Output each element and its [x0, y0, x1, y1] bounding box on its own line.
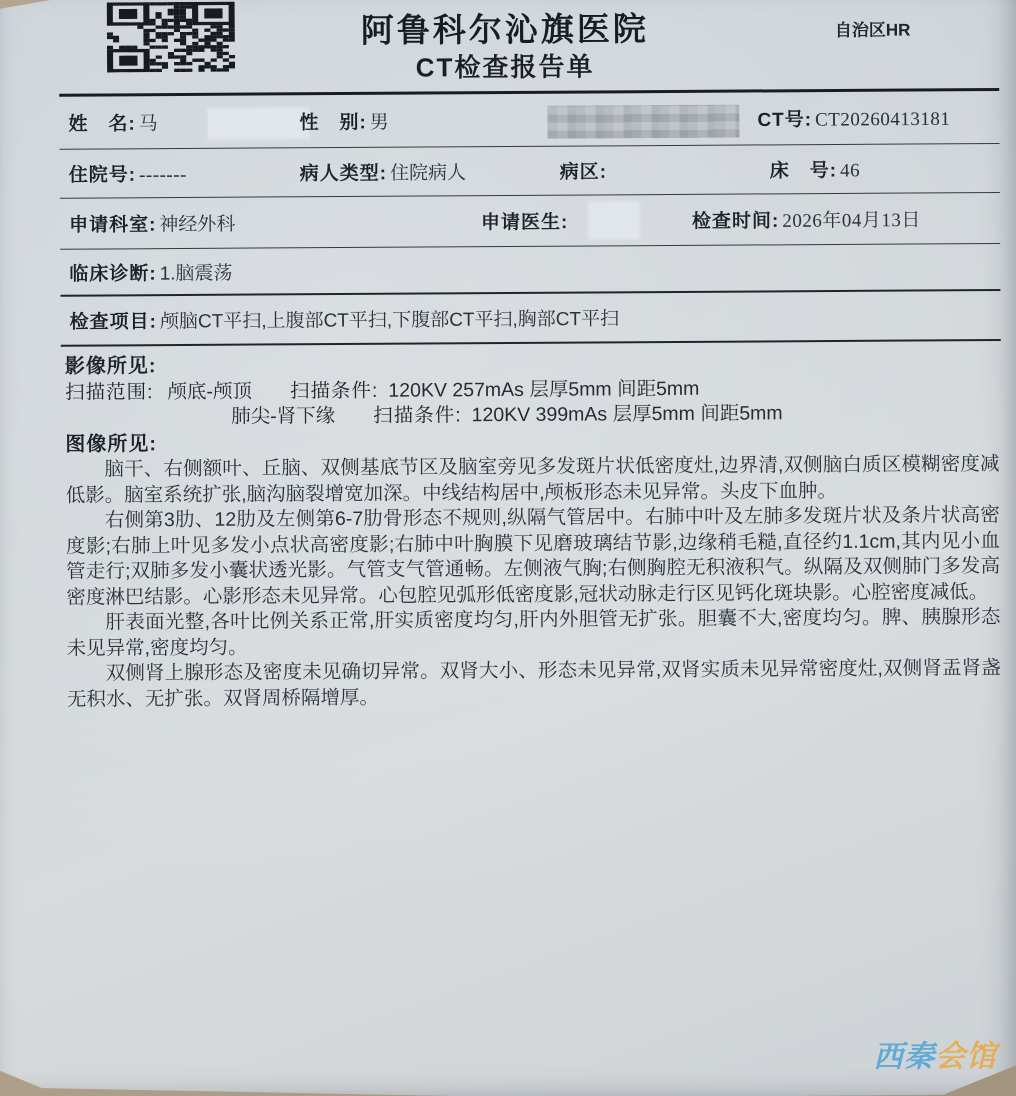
region-tag: 自治区HR [835, 16, 911, 41]
exam-time-value: 2026年04月13日 [782, 210, 921, 232]
bed-no-field: 床 号:46 [770, 155, 860, 183]
diagnosis-label: 临床诊断: [69, 263, 156, 285]
ct-no-field: CT号:CT20260413181 [757, 104, 950, 132]
gender-label: 性 别: [299, 112, 366, 133]
name-field: 姓 名:马 [68, 109, 158, 137]
scan-range-label: 扫描范围: [65, 381, 154, 404]
diagnosis-value: 1.脑震荡 [160, 263, 233, 284]
exam-items-label: 检查项目: [70, 312, 157, 334]
admission-no-value: ------- [139, 164, 187, 185]
finding-paragraph-chest: 右侧第3肋、12肋及左侧第6-7肋骨形态不规则,纵隔气管居中。右肺中叶及左肺多发… [66, 503, 1001, 611]
bed-no-label: 床 号: [770, 160, 837, 181]
ct-no-value: CT20260413181 [815, 109, 950, 131]
diagnosis-field: 临床诊断:1.脑震荡 [69, 258, 232, 286]
doctor-redaction [588, 201, 640, 239]
name-label: 姓 名: [68, 114, 135, 135]
ward-label: 病区: [560, 162, 607, 183]
info-row-1: 姓 名:马 性 别:男 CT号:CT20260413181 [59, 91, 999, 150]
scan-cond-value-2: 120KV 399mAs 层厚5mm 间距5mm [472, 402, 783, 426]
report-paper: 阿鲁科尔沁旗医院 CT检查报告单 自治区HR 姓 名:马 性 别:男 CT号:C… [0, 0, 1016, 1096]
exam-time-field: 检查时间:2026年04月13日 [692, 205, 921, 233]
finding-paragraph-abdomen: 肝表面光整,各叶比例关系正常,肝实质密度均匀,肝内外胆管无扩张。胆囊不大,密度均… [66, 605, 1000, 662]
info-row-3: 申请科室:神经外科 申请医生: 检查时间:2026年04月13日 [60, 193, 1000, 250]
id-redaction [547, 105, 739, 139]
gender-value: 男 [370, 112, 389, 133]
patient-type-field: 病人类型:住院病人 [300, 158, 467, 186]
watermark-part-2: 会馆 [935, 1040, 997, 1073]
bed-no-value: 46 [840, 160, 860, 181]
scan-cond-label-2: 扫描条件: [373, 404, 462, 427]
admission-no-label: 住院号: [69, 165, 136, 186]
scan-cond-value-1: 120KV 257mAs 层厚5mm 间距5mm [388, 377, 699, 401]
info-row-5: 检查项目:颅脑CT平扫,上腹部CT平扫,下腹部CT平扫,胸部CT平扫 [60, 291, 1000, 347]
dept-label: 申请科室: [69, 215, 156, 237]
name-value: 马 [139, 114, 158, 135]
finding-paragraph-kidney: 双侧肾上腺形态及密度未见确切异常。双肾大小、形态未见异常,双肾实质未见异常密度灶… [67, 656, 1001, 713]
doctor-field: 申请医生: [481, 207, 571, 235]
admission-no-field: 住院号:------- [69, 159, 187, 187]
ward-field: 病区: [560, 157, 610, 184]
patient-type-label: 病人类型: [300, 163, 387, 185]
dept-field: 申请科室:神经外科 [69, 209, 236, 237]
dept-value: 神经外科 [159, 214, 235, 235]
exam-items-field: 检查项目:颅脑CT平扫,上腹部CT平扫,下腹部CT平扫,胸部CT平扫 [70, 304, 620, 334]
info-row-4: 临床诊断:1.脑震荡 [60, 244, 1000, 297]
gender-field: 性 别:男 [299, 107, 389, 135]
scan-range-value-1: 颅底-颅顶 [167, 380, 252, 403]
exam-time-label: 检查时间: [692, 211, 779, 233]
report-content: 阿鲁科尔沁旗医院 CT检查报告单 自治区HR 姓 名:马 性 别:男 CT号:C… [0, 0, 1016, 1096]
scan-cond-label-1: 扫描条件: [290, 379, 379, 402]
scan-range-value-2: 肺尖-肾下缘 [231, 405, 335, 428]
findings-section: 影像所见: 扫描范围:颅底-颅顶扫描条件:120KV 257mAs 层厚5mm … [65, 349, 1001, 713]
ct-no-label: CT号: [757, 110, 812, 131]
patient-info-table: 姓 名:马 性 别:男 CT号:CT20260413181 住院号:------… [59, 88, 1001, 347]
watermark-part-1: 西秦 [873, 1040, 935, 1073]
finding-paragraph-brain: 脑干、右侧额叶、丘脑、双侧基底节区及脑室旁见多发斑片状低密度灶,边界清,双侧脑白… [65, 452, 999, 509]
info-row-2: 住院号:------- 病人类型:住院病人 病区: 床 号:46 [60, 144, 1000, 199]
watermark: 西秦会馆 [873, 1031, 997, 1076]
name-redaction [207, 107, 309, 140]
report-title: CT检查报告单 [0, 44, 1016, 87]
doctor-label: 申请医生: [481, 212, 568, 234]
patient-type-value: 住院病人 [390, 163, 466, 184]
exam-items-value: 颅脑CT平扫,上腹部CT平扫,下腹部CT平扫,胸部CT平扫 [160, 309, 619, 333]
